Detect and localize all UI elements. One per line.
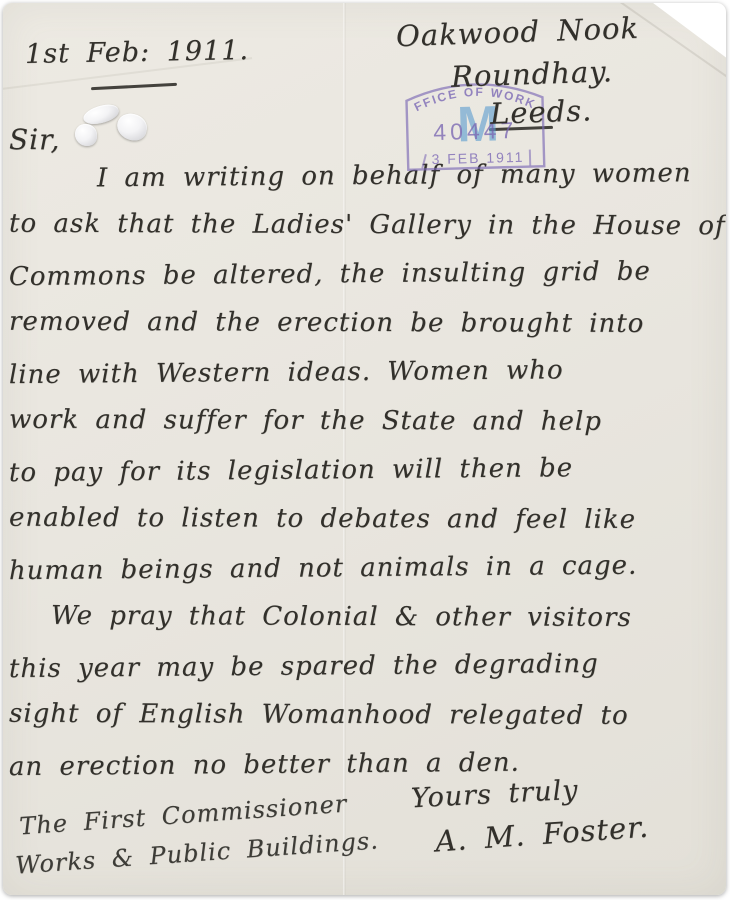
punch-hole xyxy=(75,124,97,146)
address-line-2: Roundhay. xyxy=(450,54,613,94)
body-line: this year may be spared the degrading xyxy=(9,648,726,703)
body-line: to pay for its legislation will then be xyxy=(9,452,726,507)
stamp-date: 3 FEB 1911 xyxy=(431,149,524,167)
scanned-letter-photo: 1st Feb: 1911. Oakwood Nook Roundhay. Le… xyxy=(0,0,730,900)
stamp-tick-left xyxy=(422,154,426,168)
body-line: an erection no better than a den. xyxy=(9,746,726,801)
body-line: human beings and not animals in a cage. xyxy=(9,550,726,605)
body-line: line with Western ideas. Women who xyxy=(9,354,726,409)
body-line: work and suffer for the State and help xyxy=(9,405,726,457)
letter-paper: 1st Feb: 1911. Oakwood Nook Roundhay. Le… xyxy=(3,3,726,895)
body-line: removed and the erection be brought into xyxy=(9,307,726,359)
letter-date: 1st Feb: 1911. xyxy=(25,35,249,70)
body-line: I am writing on behalf of many women xyxy=(9,158,726,213)
address-line-1: Oakwood Nook xyxy=(395,11,639,53)
body-line: enabled to listen to debates and feel li… xyxy=(9,503,726,555)
body-line: sight of English Womanhood relegated to xyxy=(9,699,726,751)
letter-body: I am writing on behalf of many women to … xyxy=(9,161,726,798)
salutation: Sir, xyxy=(9,123,60,156)
date-underline xyxy=(91,83,177,90)
punch-hole xyxy=(115,111,150,143)
body-line: to ask that the Ladies' Gallery in the H… xyxy=(9,209,726,261)
signature: A. M. Foster. xyxy=(434,810,650,859)
body-line: We pray that Colonial & other visitors xyxy=(9,601,726,653)
body-line: Commons be altered, the insulting grid b… xyxy=(9,256,726,311)
address-line-3: Leeds. xyxy=(489,93,592,131)
